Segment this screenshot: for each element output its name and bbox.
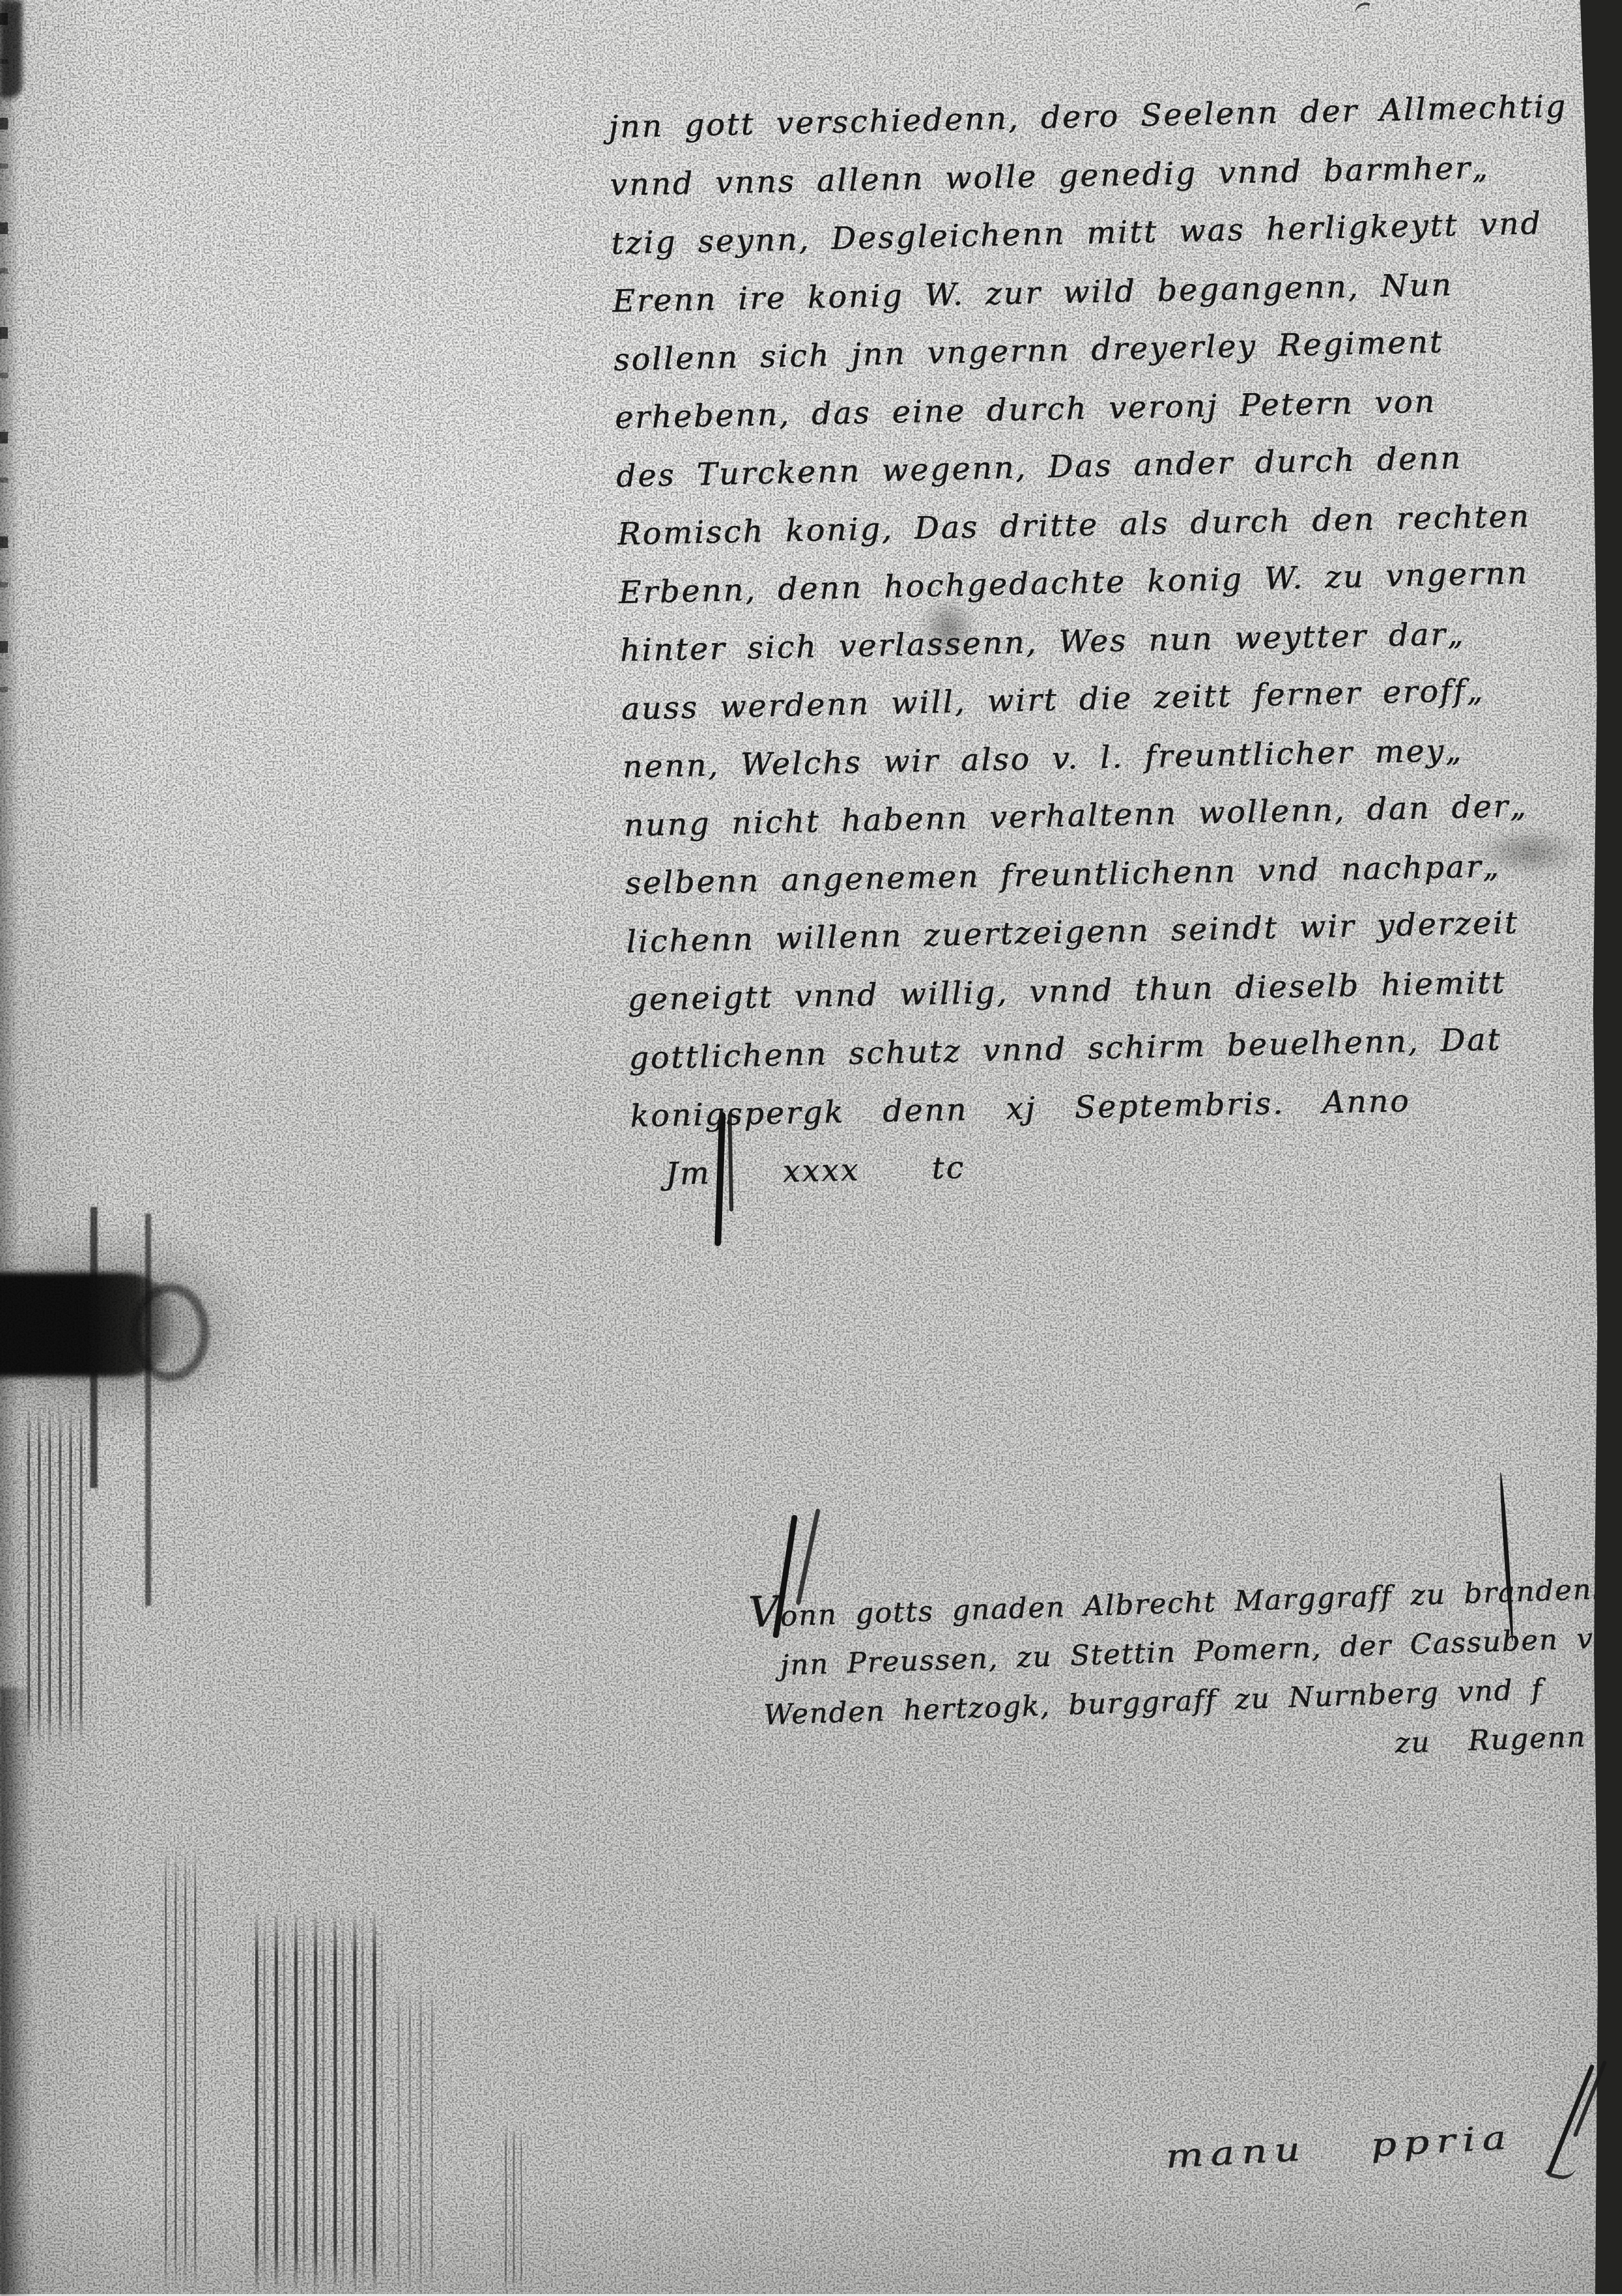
paper-crease: [584, 0, 585, 2294]
ink-dribble-streaks: [27, 1406, 90, 1747]
left-edge-shading: [0, 0, 20, 2294]
letter-body: jnn gott verschiedenn, dero Seelenn der …: [608, 77, 1620, 1204]
bottom-edge-shading: [0, 2189, 1622, 2294]
paper-crease: [419, 0, 421, 2294]
torn-left-edge-marks: [0, 13, 8, 700]
manuscript-page: jnn gott verschiedenn, dero Seelenn der …: [0, 0, 1622, 2294]
ink-dribble-streaks: [505, 2126, 522, 2294]
address-block: Vonn gotts gnaden Albrecht Marggraff zu …: [748, 1559, 1622, 1790]
top-left-corner-stain: [0, 0, 22, 98]
pen-trial-flourish: [1542, 2152, 1578, 2182]
ink-dribble-streaks: [255, 1910, 383, 2294]
ink-streak: [90, 1207, 97, 1488]
ink-streak: [145, 1213, 151, 1606]
signature-note: manu ppria: [1164, 2109, 1622, 2175]
binding-clasp-halo: [0, 1220, 262, 1436]
left-edge-smear: [0, 1688, 42, 2294]
ink-dribble-streaks: [398, 1982, 440, 2294]
top-right-pen-mark: [1353, 1, 1377, 22]
binding-clasp-tip: [131, 1283, 209, 1382]
signature-note-text: manu ppria: [1164, 2109, 1622, 2175]
ink-dribble-streaks: [165, 1845, 203, 2294]
binding-clasp-stain: [0, 1272, 177, 1377]
